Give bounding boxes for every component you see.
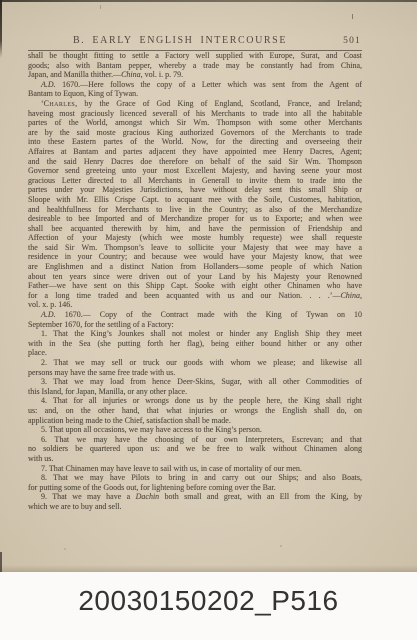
text-line: into these Eastern partes of the World. … <box>28 137 362 147</box>
text-line: and the said Henry Dacres doe therefore … <box>28 157 362 167</box>
text-line: the said Sir Wm. Thompson’s leave to sol… <box>28 243 362 253</box>
text-line: Affection of your Majesty (which wee mos… <box>28 233 362 243</box>
text-line: application being made to the Chief, sat… <box>28 416 362 426</box>
text-line: September 1670, for the settling of a Fa… <box>28 320 362 330</box>
scan-id-label: 20030150202_P516 <box>78 585 338 617</box>
text-line: Father—we have sent on this Shipp Capt. … <box>28 281 362 291</box>
text-line: Affaires at Bantam and partes adjacent t… <box>28 147 362 157</box>
text-line: 2. That we may sell or truck our goods w… <box>28 358 362 368</box>
text-line: Governor send greeteing unto your most E… <box>28 166 362 176</box>
text-line: 4. That for all injuries or wrongs done … <box>28 396 362 406</box>
scan-edge-top <box>0 0 417 2</box>
page-header: B. EARLY ENGLISH INTERCOURSE 501 <box>28 32 362 51</box>
scan-edge-left-bottom <box>0 552 2 572</box>
text-line: us: and, on the other hand, that what in… <box>28 406 362 416</box>
text-line: shall bee acquanted therewith by him, an… <box>28 224 362 234</box>
text-line: persons may have the same free trade wit… <box>28 368 362 378</box>
text-line: for a long time traded and been acquante… <box>28 291 362 301</box>
scan-edge-left-top <box>0 0 2 58</box>
scan-speck <box>64 548 66 550</box>
text-line: 6. That we may have the choosing of our … <box>28 435 362 445</box>
text-line: with in the Sea (she putting forth her f… <box>28 339 362 349</box>
text-line: with us. <box>28 454 362 464</box>
text-line: 7. That Chinamen may have leave to sail … <box>28 464 362 474</box>
text-line: shall be thought fitting to settle a Fac… <box>28 51 362 61</box>
paper-bottom-shadow <box>0 565 417 572</box>
text-line: Sloope with Mr. Ellis Crispe Capt. to ac… <box>28 195 362 205</box>
text-line: 5. That upon all occasions, we may have … <box>28 425 362 435</box>
text-line: 3. That we may load from hence Deer-Skin… <box>28 377 362 387</box>
text-line: A.D. 1670.—Here follows the copy of a Le… <box>28 80 362 90</box>
text-line: and healthfullness for Merchants to live… <box>28 205 362 215</box>
running-title: B. EARLY ENGLISH INTERCOURSE <box>28 35 332 46</box>
text-line: are Englishmen and a distinct Nation fro… <box>28 262 362 272</box>
page-body: shall be thought fitting to settle a Fac… <box>28 51 362 512</box>
book-page-scan: B. EARLY ENGLISH INTERCOURSE 501 shall b… <box>0 0 417 640</box>
text-line: 9. That we may have a Dachin both small … <box>28 492 362 502</box>
text-line: Japan, and Manilla thither.—China, vol. … <box>28 70 362 80</box>
text-line: which we are to buy and sell. <box>28 502 362 512</box>
text-line: no soldiers be quartered upon us: and we… <box>28 444 362 454</box>
text-line: Bantam to Equon, King of Tywan. <box>28 89 362 99</box>
text-line: haveing most graciously licenced several… <box>28 109 362 119</box>
text-line: for putting some of the Goods out, for l… <box>28 483 362 493</box>
text-line: ‘Charles, by the Grace of God King of En… <box>28 99 362 109</box>
scan-id-band: 20030150202_P516 <box>0 572 417 640</box>
text-line: goods; also with Bantam pepper, whereby … <box>28 61 362 71</box>
text-line: gracious Letter directed to all Merchant… <box>28 176 362 186</box>
page-number: 501 <box>343 36 361 46</box>
scan-speck <box>280 545 282 547</box>
text-line: partes of the World, amongst which Sir W… <box>28 118 362 128</box>
text-line: vol. x. p. 146. <box>28 300 362 310</box>
text-line: residence in your Country; and because w… <box>28 252 362 262</box>
text-line: 1. That the King’s Jounkes shall not mol… <box>28 329 362 339</box>
scan-speck <box>352 14 353 19</box>
text-line: 8. That we may have Pilots to bring in a… <box>28 473 362 483</box>
text-line: are by the said moste gracious King auth… <box>28 128 362 138</box>
text-line: about ten years since were driven out of… <box>28 272 362 282</box>
text-line: place. <box>28 348 362 358</box>
text-line: desireable to bee Imported and of Mercha… <box>28 214 362 224</box>
text-line: this Island, for Japan, Manilla, or any … <box>28 387 362 397</box>
text-line: partes under your Majesties Jurisdiction… <box>28 185 362 195</box>
text-line: A.D. 1670.— Copy of the Contract made wi… <box>28 310 362 320</box>
scan-speck <box>100 5 101 9</box>
